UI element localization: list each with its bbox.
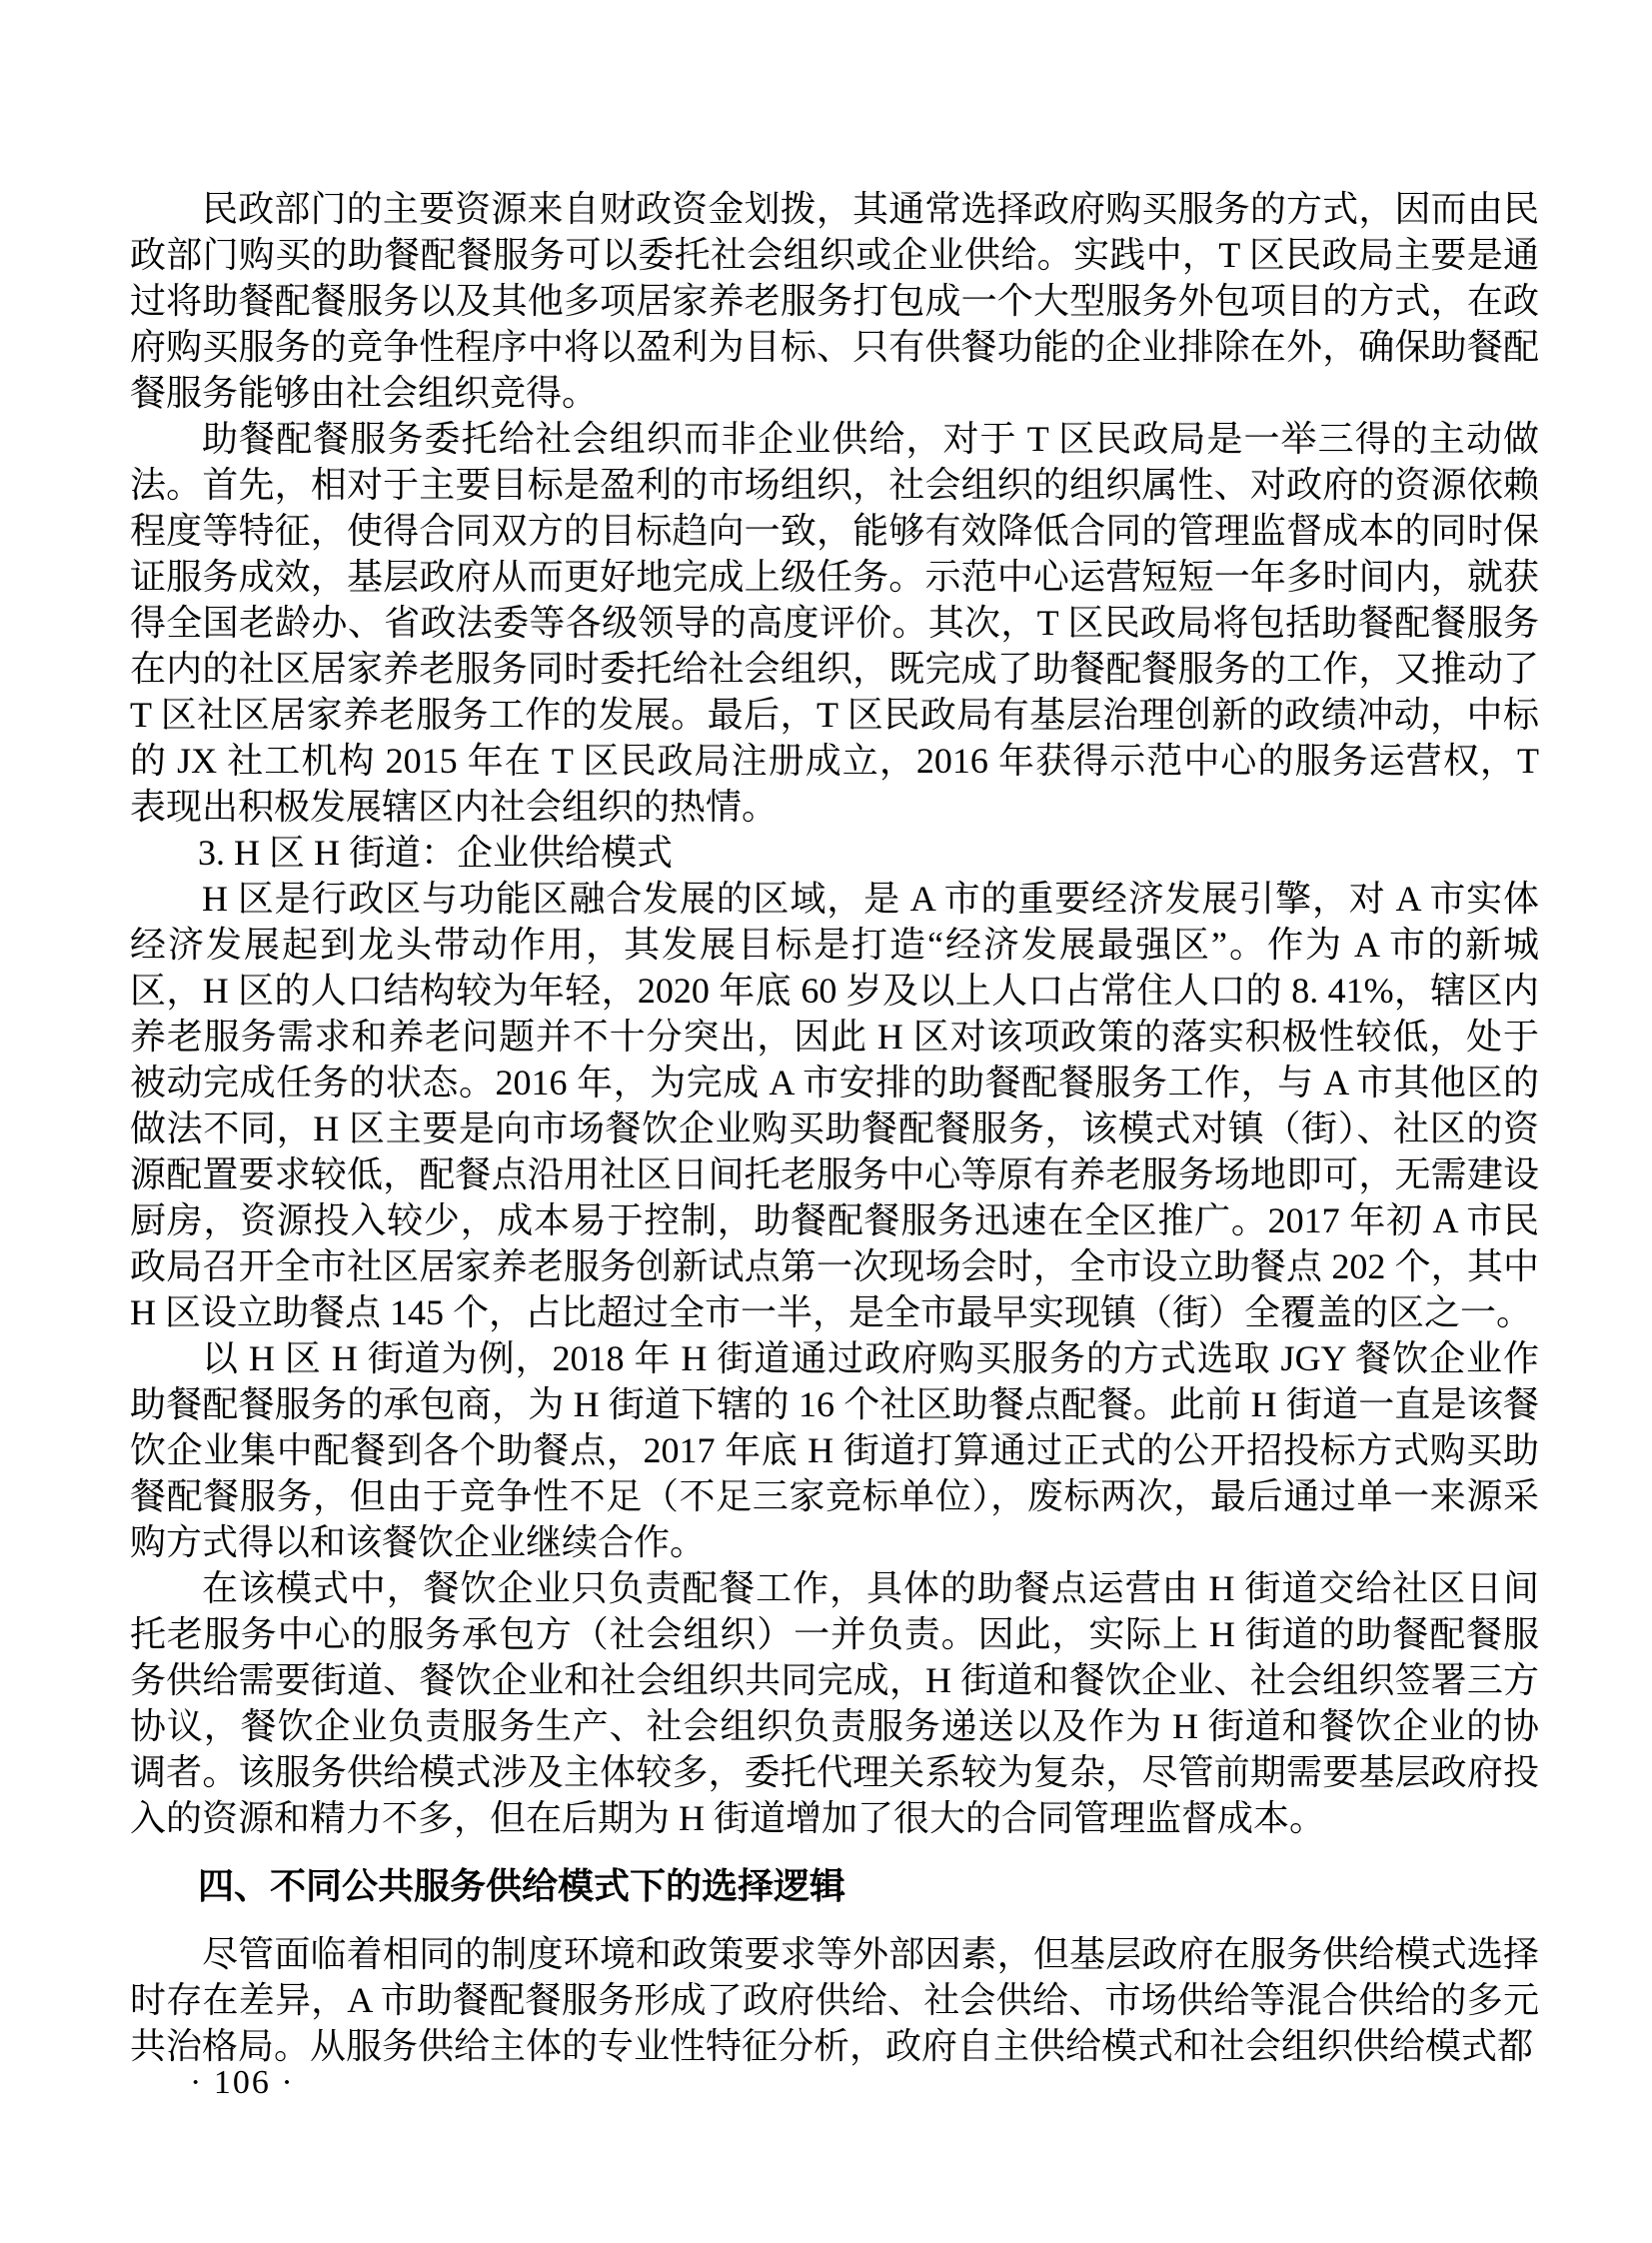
text-line: 表现出积极发展辖区内社会组织的热情。: [130, 784, 1539, 830]
paragraph: 助餐配餐服务委托给社会组织而非企业供给，对于 T 区民政局是一举三得的主动做法。…: [130, 416, 1539, 830]
text-line: 证服务成效，基层政府从而更好地完成上级任务。示范中心运营短短一年多时间内，就获: [130, 554, 1539, 600]
text-line: 政部门购买的助餐配餐服务可以委托社会组织或企业供给。实践中，T 区民政局主要是通: [130, 232, 1539, 278]
text-line: 过将助餐配餐服务以及其他多项居家养老服务打包成一个大型服务外包项目的方式，在政: [130, 278, 1539, 324]
text-line: 在该模式中，餐饮企业只负责配餐工作，具体的助餐点运营由 H 街道交给社区日间: [130, 1565, 1539, 1611]
paragraph: 以 H 区 H 街道为例，2018 年 H 街道通过政府购买服务的方式选取 JG…: [130, 1335, 1539, 1565]
paragraph: 在该模式中，餐饮企业只负责配餐工作，具体的助餐点运营由 H 街道交给社区日间托老…: [130, 1565, 1539, 1841]
text-line: 购方式得以和该餐饮企业继续合作。: [130, 1519, 1539, 1565]
page-number: · 106 ·: [190, 2063, 295, 2103]
text-line: 尽管面临着相同的制度环境和政策要求等外部因素，但基层政府在服务供给模式选择: [130, 1931, 1539, 1977]
text-line: 务供给需要街道、餐饮企业和社会组织共同完成，H 街道和餐饮企业、社会组织签署三方: [130, 1657, 1539, 1703]
text-line: 源配置要求较低，配餐点沿用社区日间托老服务中心等原有养老服务场地即可，无需建设: [130, 1151, 1539, 1197]
text-line: 政局召开全市社区居家养老服务创新试点第一次现场会时，全市设立助餐点 202 个，…: [130, 1243, 1539, 1289]
text-line: 被动完成任务的状态。2016 年，为完成 A 市安排的助餐配餐服务工作，与 A …: [130, 1060, 1539, 1106]
text-line: 调者。该服务供给模式涉及主体较多，委托代理关系较为复杂，尽管前期需要基层政府投: [130, 1749, 1539, 1795]
document-page: 民政部门的主要资源来自财政资金划拨，其通常选择政府购买服务的方式，因而由民政部门…: [0, 0, 1652, 2243]
text-line: 民政部门的主要资源来自财政资金划拨，其通常选择政府购买服务的方式，因而由民: [130, 186, 1539, 232]
text-line: 餐服务能够由社会组织竞得。: [130, 370, 1539, 416]
section-heading: 四、不同公共服务供给模式下的选择逻辑: [130, 1863, 1539, 1909]
article-body: 民政部门的主要资源来自财政资金划拨，其通常选择政府购买服务的方式，因而由民政部门…: [130, 186, 1539, 2069]
text-line: 厨房，资源投入较少，成本易于控制，助餐配餐服务迅速在全区推广。2017 年初 A…: [130, 1197, 1539, 1243]
text-line: T 区社区居家养老服务工作的发展。最后，T 区民政局有基层治理创新的政绩冲动，中…: [130, 692, 1539, 738]
text-line: 共治格局。从服务供给主体的专业性特征分析，政府自主供给模式和社会组织供给模式都: [130, 2023, 1539, 2069]
text-line: 得全国老龄办、省政法委等各级领导的高度评价。其次，T 区民政局将包括助餐配餐服务: [130, 600, 1539, 646]
text-line: 法。首先，相对于主要目标是盈利的市场组织，社会组织的组织属性、对政府的资源依赖: [130, 462, 1539, 508]
text-line: 养老服务需求和养老问题并不十分突出，因此 H 区对该项政策的落实积极性较低，处于: [130, 1014, 1539, 1060]
text-line: 助餐配餐服务的承包商，为 H 街道下辖的 16 个社区助餐点配餐。此前 H 街道…: [130, 1381, 1539, 1427]
text-line: H 区设立助餐点 145 个，占比超过全市一半，是全市最早实现镇（街）全覆盖的区…: [130, 1289, 1539, 1335]
text-line: 协议，餐饮企业负责服务生产、社会组织负责服务递送以及作为 H 街道和餐饮企业的协: [130, 1703, 1539, 1749]
paragraph: 民政部门的主要资源来自财政资金划拨，其通常选择政府购买服务的方式，因而由民政部门…: [130, 186, 1539, 416]
paragraph: 尽管面临着相同的制度环境和政策要求等外部因素，但基层政府在服务供给模式选择时存在…: [130, 1931, 1539, 2069]
text-line: 经济发展起到龙头带动作用，其发展目标是打造“经济发展最强区”。作为 A 市的新城: [130, 922, 1539, 968]
text-line: 在内的社区居家养老服务同时委托给社会组织，既完成了助餐配餐服务的工作，又推动了: [130, 646, 1539, 692]
text-line: 入的资源和精力不多，但在后期为 H 街道增加了很大的合同管理监督成本。: [130, 1795, 1539, 1841]
paragraph: H 区是行政区与功能区融合发展的区域，是 A 市的重要经济发展引擎，对 A 市实…: [130, 876, 1539, 1335]
text-line: 程度等特征，使得合同双方的目标趋向一致，能够有效降低合同的管理监督成本的同时保: [130, 508, 1539, 554]
text-line: 区，H 区的人口结构较为年轻，2020 年底 60 岁及以上人口占常住人口的 8…: [130, 968, 1539, 1014]
text-line: 餐配餐服务，但由于竞争性不足（不足三家竞标单位），废标两次，最后通过单一来源采: [130, 1473, 1539, 1519]
text-line: 饮企业集中配餐到各个助餐点，2017 年底 H 街道打算通过正式的公开招投标方式…: [130, 1427, 1539, 1473]
text-line: 时存在差异，A 市助餐配餐服务形成了政府供给、社会供给、市场供给等混合供给的多元: [130, 1977, 1539, 2023]
text-line: 托老服务中心的服务承包方（社会组织）一并负责。因此，实际上 H 街道的助餐配餐服: [130, 1611, 1539, 1657]
text-line: H 区是行政区与功能区融合发展的区域，是 A 市的重要经济发展引擎，对 A 市实…: [130, 876, 1539, 922]
text-line: 做法不同，H 区主要是向市场餐饮企业购买助餐配餐服务，该模式对镇（街）、社区的资: [130, 1106, 1539, 1151]
text-line: 的 JX 社工机构 2015 年在 T 区民政局注册成立，2016 年获得示范中…: [130, 738, 1539, 784]
subsection-heading: 3. H 区 H 街道：企业供给模式: [130, 830, 1539, 876]
text-line: 府购买服务的竞争性程序中将以盈利为目标、只有供餐功能的企业排除在外，确保助餐配: [130, 324, 1539, 370]
text-line: 助餐配餐服务委托给社会组织而非企业供给，对于 T 区民政局是一举三得的主动做: [130, 416, 1539, 462]
text-line: 以 H 区 H 街道为例，2018 年 H 街道通过政府购买服务的方式选取 JG…: [130, 1335, 1539, 1381]
